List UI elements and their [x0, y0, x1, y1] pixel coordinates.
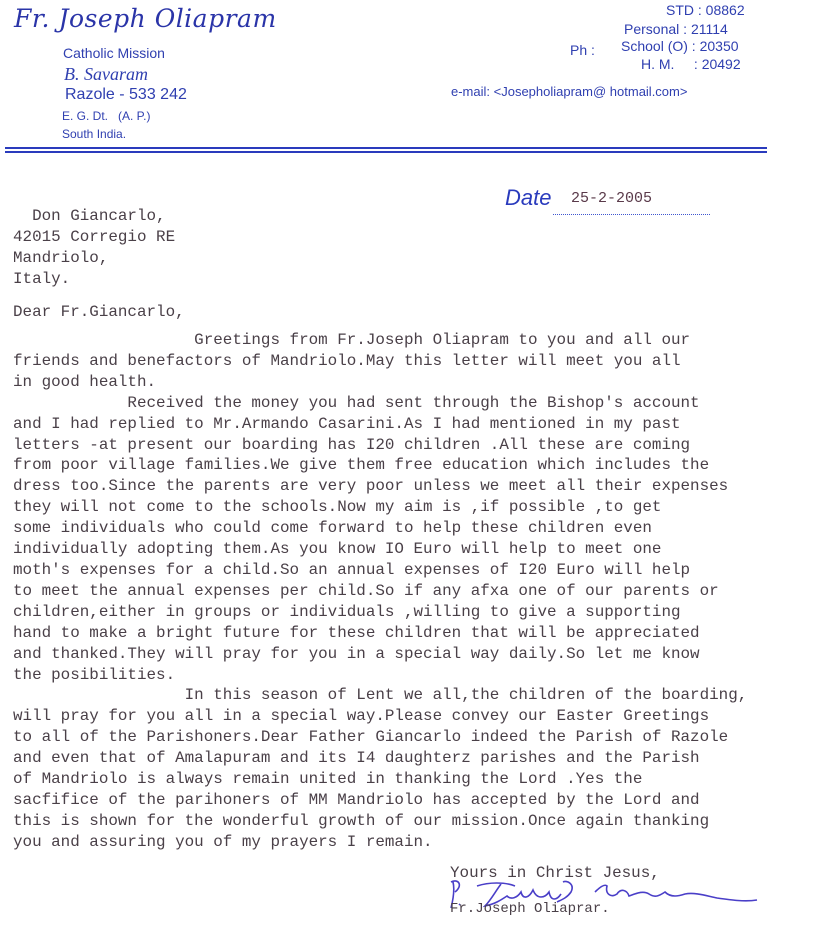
body-line: Received the money you had sent through … [13, 393, 747, 414]
body-line: and even that of Amalapuram and its I4 d… [13, 748, 747, 769]
letterhead-name: Fr. Joseph Oliapram [14, 4, 277, 33]
body-line: from poor village families.We give them … [13, 455, 747, 476]
phone-value: 21114 [691, 21, 728, 37]
letterhead-district: E. G. Dt. (A. P.) [62, 109, 150, 123]
body-line: and thanked.They will pray for you in a … [13, 644, 747, 665]
body-line: will pray for you all in a special way.P… [13, 706, 747, 727]
phone-row-school: School (O) : 20350 [621, 38, 739, 54]
phone-key: H. M. [641, 56, 674, 72]
phone-value: 20350 [700, 38, 739, 54]
body-line: dress too.Since the parents are very poo… [13, 476, 747, 497]
body-line: moth's expenses for a child.So an annual… [13, 560, 747, 581]
body-line: to all of the Parishoners.Dear Father Gi… [13, 727, 747, 748]
body-line: hand to make a bright future for these c… [13, 623, 747, 644]
address-line: 42015 Corregio RE [13, 227, 175, 248]
salutation: Dear Fr.Giancarlo, [13, 302, 185, 323]
phone-key: School (O) [621, 38, 688, 54]
body-line: sacfifice of the parihoners of MM Mandri… [13, 790, 747, 811]
letter-body: Greetings from Fr.Joseph Oliapram to you… [13, 330, 747, 853]
body-line: friends and benefactors of Mandriolo.May… [13, 351, 747, 372]
body-line: they will not come to the schools.Now my… [13, 497, 747, 518]
date-label: Date [505, 185, 551, 211]
date-value: 25-2-2005 [571, 190, 652, 207]
phone-row-std: STD : 08862 [666, 2, 745, 18]
letterhead-country: South India. [62, 127, 126, 141]
phone-key: Personal [624, 21, 679, 37]
address-line: Don Giancarlo, [13, 206, 175, 227]
letterhead-town: B. Savaram [64, 64, 148, 85]
body-line: children,either in groups or individuals… [13, 602, 747, 623]
body-line: Greetings from Fr.Joseph Oliapram to you… [13, 330, 747, 351]
address-line: Mandriolo, [13, 248, 175, 269]
body-line: this is shown for the wonderful growth o… [13, 811, 747, 832]
recipient-address: Don Giancarlo,42015 Corregio REMandriolo… [13, 206, 175, 290]
signature-name: Fr.Joseph Oliaprar. [450, 901, 610, 917]
email-address: e-mail: <Josepholiapram@ hotmail.com> [451, 84, 687, 99]
letterhead-mission: Catholic Mission [63, 45, 165, 61]
body-line: you and assuring you of my prayers I rem… [13, 832, 747, 853]
body-line: the posibilities. [13, 665, 747, 686]
date-underline [553, 214, 710, 215]
letterhead-pin: Razole - 533 242 [65, 86, 187, 104]
address-line: Italy. [13, 269, 175, 290]
body-line: letters -at present our boarding has I20… [13, 435, 747, 456]
body-line: and I had replied to Mr.Armando Casarini… [13, 414, 747, 435]
phone-value: 08862 [706, 2, 745, 18]
phone-key: STD [666, 2, 694, 18]
phone-row-personal: Personal : 21114 [624, 21, 728, 37]
phone-value: 20492 [702, 56, 741, 72]
body-line: some individuals who could come forward … [13, 518, 747, 539]
body-line: of Mandriolo is always remain united in … [13, 769, 747, 790]
body-line: individually adopting them.As you know I… [13, 539, 747, 560]
body-line: In this season of Lent we all,the childr… [13, 685, 747, 706]
phone-row-hm: H. M. : 20492 [641, 56, 741, 72]
letterhead-divider [5, 147, 767, 153]
body-line: to meet the annual expenses per child.So… [13, 581, 747, 602]
body-line: in good health. [13, 372, 747, 393]
phone-label: Ph : [570, 42, 595, 58]
